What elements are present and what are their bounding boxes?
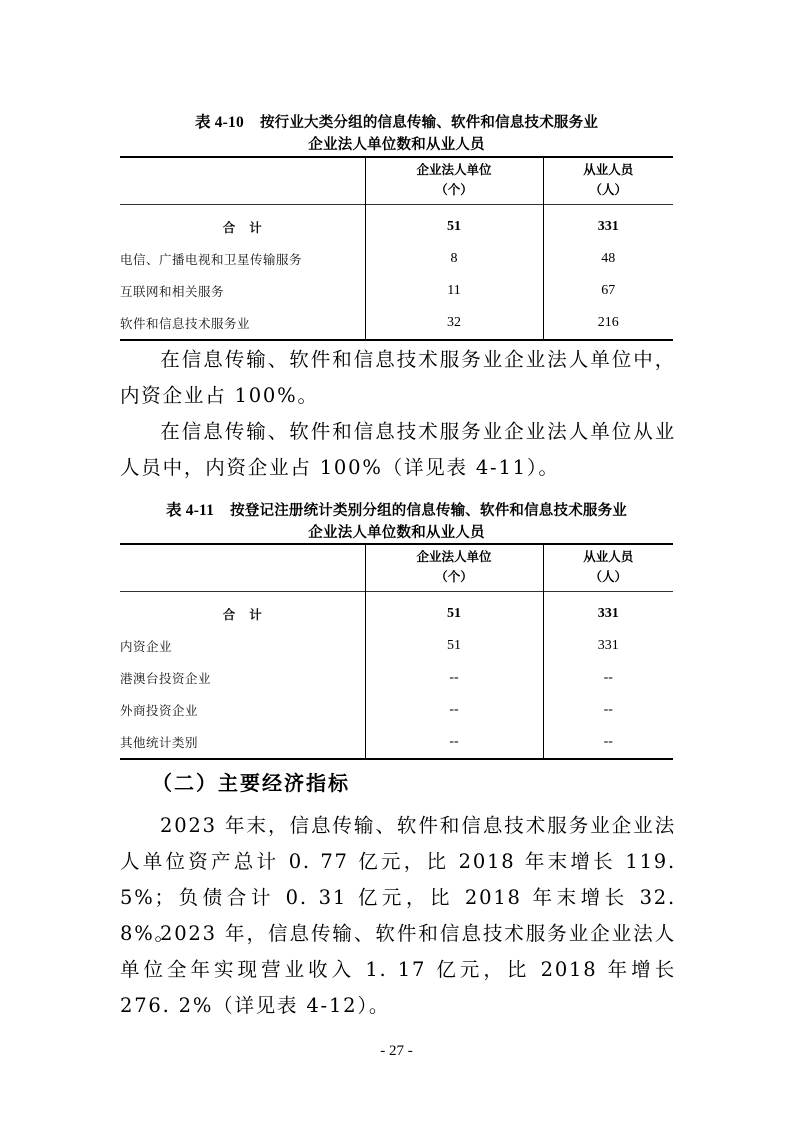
paragraph-revenue: 2023 年，信息传输、软件和信息技术服务业企业法人单位全年实现营业收入 1. … (120, 916, 676, 1024)
header-employees: 从业人员 （人） (543, 544, 673, 592)
row-units: -- (365, 726, 543, 759)
header-employees: 从业人员 （人） (543, 157, 673, 205)
table-4-10-title-line2: 企业法人单位数和从业人员 (100, 134, 693, 156)
row-employees: -- (543, 694, 673, 726)
table-row: 外商投资企业 -- -- (120, 694, 673, 726)
row-units: 32 (365, 307, 543, 340)
row-label: 港澳台投资企业 (120, 662, 365, 694)
table-row: 港澳台投资企业 -- -- (120, 662, 673, 694)
row-units: 11 (365, 275, 543, 307)
table-row: 软件和信息技术服务业 32 216 (120, 307, 673, 340)
section-heading: （二）主要经济指标 (152, 766, 350, 800)
row-label: 软件和信息技术服务业 (120, 307, 365, 340)
table-row: 电信、广播电视和卫星传输服务 8 48 (120, 243, 673, 275)
table-4-10-number: 表 4-10 (195, 114, 244, 131)
table-4-10-title-line1: 表 4-10按行业大类分组的信息传输、软件和信息技术服务业 (100, 112, 693, 134)
table-4-10-title: 表 4-10按行业大类分组的信息传输、软件和信息技术服务业 企业法人单位数和从业… (100, 112, 693, 156)
row-employees: 331 (543, 205, 673, 244)
row-label: 其他统计类别 (120, 726, 365, 759)
paragraph-domestic-units: 在信息传输、软件和信息技术服务业企业法人单位中，内资企业占 100%。 (120, 342, 676, 414)
table-4-10: 企业法人单位 （个） 从业人员 （人） 合计 51 331 电信、广播电视和卫星… (120, 156, 673, 341)
row-label: 互联网和相关服务 (120, 275, 365, 307)
row-employees: 331 (543, 592, 673, 631)
row-units: 8 (365, 243, 543, 275)
row-employees: -- (543, 662, 673, 694)
table-row: 内资企业 51 331 (120, 630, 673, 662)
row-label: 合计 (120, 205, 365, 244)
row-label: 电信、广播电视和卫星传输服务 (120, 243, 365, 275)
table-header-row: 企业法人单位 （个） 从业人员 （人） (120, 157, 673, 205)
row-units: 51 (365, 592, 543, 631)
document-page: 表 4-10按行业大类分组的信息传输、软件和信息技术服务业 企业法人单位数和从业… (0, 0, 793, 1122)
header-units: 企业法人单位 （个） (365, 157, 543, 205)
row-units: -- (365, 694, 543, 726)
page-number: - 27 - (0, 1043, 793, 1060)
row-label: 合计 (120, 592, 365, 631)
table-header-row: 企业法人单位 （个） 从业人员 （人） (120, 544, 673, 592)
row-units: 51 (365, 205, 543, 244)
row-employees: 67 (543, 275, 673, 307)
row-employees: -- (543, 726, 673, 759)
row-employees: 48 (543, 243, 673, 275)
header-blank (120, 157, 365, 205)
paragraph-domestic-employees: 在信息传输、软件和信息技术服务业企业法人单位从业人员中，内资企业占 100%（详… (120, 414, 676, 486)
table-row-total: 合计 51 331 (120, 592, 673, 631)
row-employees: 331 (543, 630, 673, 662)
row-units: -- (365, 662, 543, 694)
row-label: 外商投资企业 (120, 694, 365, 726)
table-4-11-number: 表 4-11 (166, 502, 214, 519)
table-4-11: 企业法人单位 （个） 从业人员 （人） 合计 51 331 内资企业 51 33… (120, 543, 673, 760)
table-4-11-title-line2: 企业法人单位数和从业人员 (100, 522, 693, 544)
header-blank (120, 544, 365, 592)
header-units: 企业法人单位 （个） (365, 544, 543, 592)
table-row: 互联网和相关服务 11 67 (120, 275, 673, 307)
row-label: 内资企业 (120, 630, 365, 662)
table-4-11-title-line1: 表 4-11按登记注册统计类别分组的信息传输、软件和信息技术服务业 (100, 500, 693, 522)
table-4-11-title: 表 4-11按登记注册统计类别分组的信息传输、软件和信息技术服务业 企业法人单位… (100, 500, 693, 544)
table-row-total: 合计 51 331 (120, 205, 673, 244)
row-employees: 216 (543, 307, 673, 340)
table-row: 其他统计类别 -- -- (120, 726, 673, 759)
row-units: 51 (365, 630, 543, 662)
